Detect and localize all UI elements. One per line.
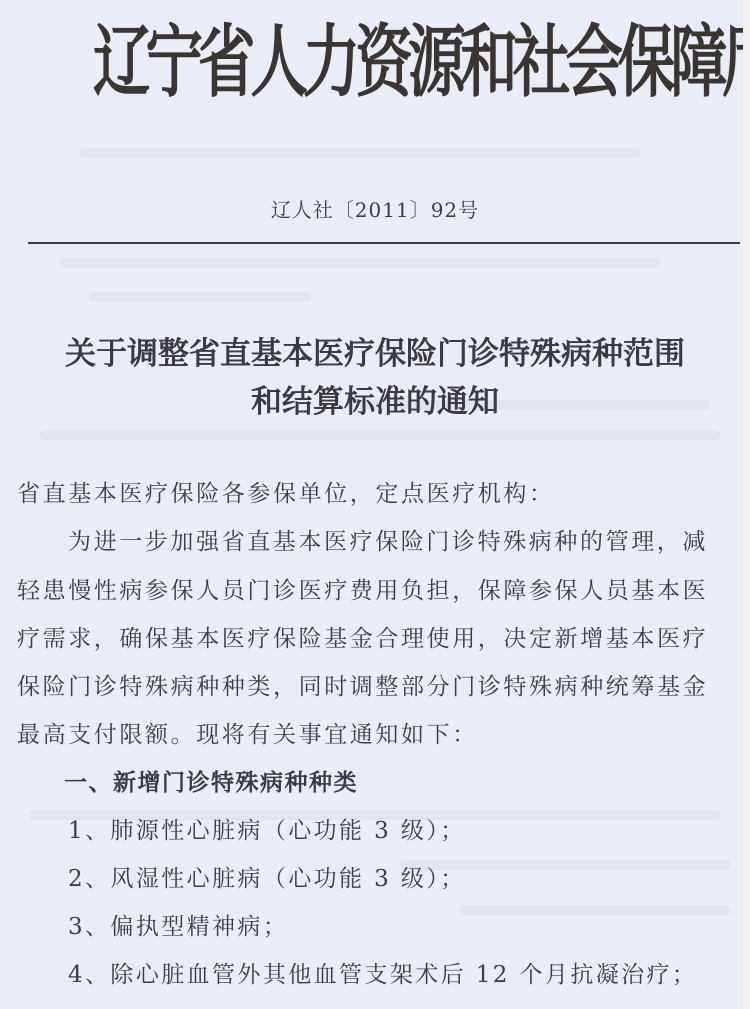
show-through-texture: [80, 148, 640, 158]
scan-edge: [743, 0, 750, 1009]
show-through-texture: [460, 905, 730, 915]
list-item: 2、风湿性心脏病（心功能 3 级）；: [68, 864, 466, 894]
show-through-texture: [60, 258, 660, 268]
intro-paragraph-line: 保险门诊特殊病种种类，同时调整部分门诊特殊病种统筹基金: [17, 672, 708, 702]
list-item: 4、除心脏血管外其他血管支架术后 12 个月抗凝治疗；: [68, 960, 697, 990]
show-through-texture: [40, 430, 720, 440]
issuer-header: 辽宁省人力资源和社会保障厅: [93, 8, 667, 116]
document-number: 辽人社〔2011〕92号: [0, 196, 750, 224]
notice-title-line-1: 关于调整省直基本医疗保险门诊特殊病种范围: [0, 333, 750, 375]
intro-paragraph-line: 最高支付限额。现将有关事宜通知如下：: [17, 720, 478, 750]
list-item: 3、偏执型精神病；: [68, 912, 288, 942]
intro-paragraph-line: 疗需求，确保基本医疗保险基金合理使用，决定新增基本医疗: [17, 624, 708, 654]
scanned-document-page: 辽宁省人力资源和社会保障厅 辽人社〔2011〕92号 关于调整省直基本医疗保险门…: [0, 0, 743, 1009]
section-heading: 一、新增门诊特殊病种种类: [64, 768, 358, 798]
list-item: 1、肺源性心脏病（心功能 3 级）；: [68, 816, 466, 846]
show-through-texture: [90, 292, 310, 302]
addressee: 省直基本医疗保险各参保单位，定点医疗机构：: [17, 479, 555, 509]
intro-paragraph-line: 为进一步加强省直基本医疗保险门诊特殊病种的管理，减: [68, 527, 708, 557]
notice-title-line-2: 和结算标准的通知: [0, 381, 750, 423]
intro-paragraph-line: 轻患慢性病参保人员门诊医疗费用负担，保障参保人员基本医: [17, 576, 708, 606]
header-divider: [28, 242, 740, 244]
